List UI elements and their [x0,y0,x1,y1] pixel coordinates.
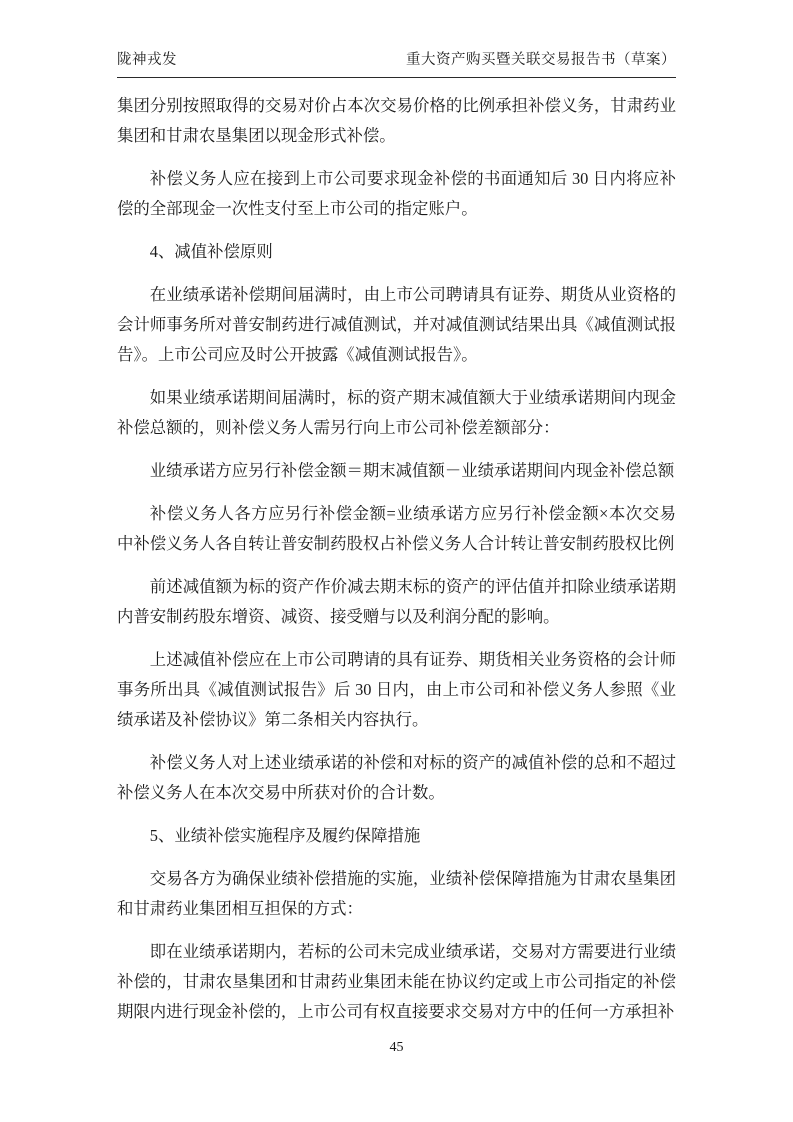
paragraph: 在业绩承诺补偿期间届满时，由上市公司聘请具有证券、期货从业资格的会计师事务所对普… [117,280,676,370]
formula-line: 补偿义务人各方应另行补偿金额=业绩承诺方应另行补偿金额×本次交易中补偿义务人各自… [117,499,676,559]
paragraph: 上述减值补偿应在上市公司聘请的具有证券、期货相关业务资格的会计师事务所出具《减值… [117,645,676,735]
paragraph: 即在业绩承诺期内，若标的公司未完成业绩承诺，交易对方需要进行业绩补偿的，甘肃农垦… [117,937,676,1027]
page-header: 陇神戎发 重大资产购买暨关联交易报告书（草案） [117,48,676,78]
paragraph: 如果业绩承诺期间届满时，标的资产期末减值额大于业绩承诺期间内现金补偿总额的，则补… [117,383,676,443]
paragraph-continuation: 集团分别按照取得的交易对价占本次交易价格的比例承担补偿义务，甘肃药业集团和甘肃农… [117,91,676,151]
document-body: 集团分别按照取得的交易对价占本次交易价格的比例承担补偿义务，甘肃药业集团和甘肃农… [117,91,676,1040]
paragraph: 补偿义务人对上述业绩承诺的补偿和对标的资产的减值补偿的总和不超过补偿义务人在本次… [117,748,676,808]
section-heading-4: 4、减值补偿原则 [117,237,676,267]
document-page: 陇神戎发 重大资产购买暨关联交易报告书（草案） 集团分别按照取得的交易对价占本次… [0,0,793,1122]
header-company-name: 陇神戎发 [117,48,177,69]
section-heading-5: 5、业绩补偿实施程序及履约保障措施 [117,821,676,851]
page-footer: 45 [0,1040,793,1056]
formula-line: 业绩承诺方应另行补偿金额＝期末减值额－业绩承诺期间内现金补偿总额 [117,456,676,486]
paragraph: 补偿义务人应在接到上市公司要求现金补偿的书面通知后 30 日内将应补偿的全部现金… [117,164,676,224]
paragraph: 交易各方为确保业绩补偿措施的实施，业绩补偿保障措施为甘肃农垦集团和甘肃药业集团相… [117,864,676,924]
paragraph: 前述减值额为标的资产作价减去期末标的资产的评估值并扣除业绩承诺期内普安制药股东增… [117,572,676,632]
header-document-title: 重大资产购买暨关联交易报告书（草案） [406,48,676,69]
page-number: 45 [390,1040,404,1055]
